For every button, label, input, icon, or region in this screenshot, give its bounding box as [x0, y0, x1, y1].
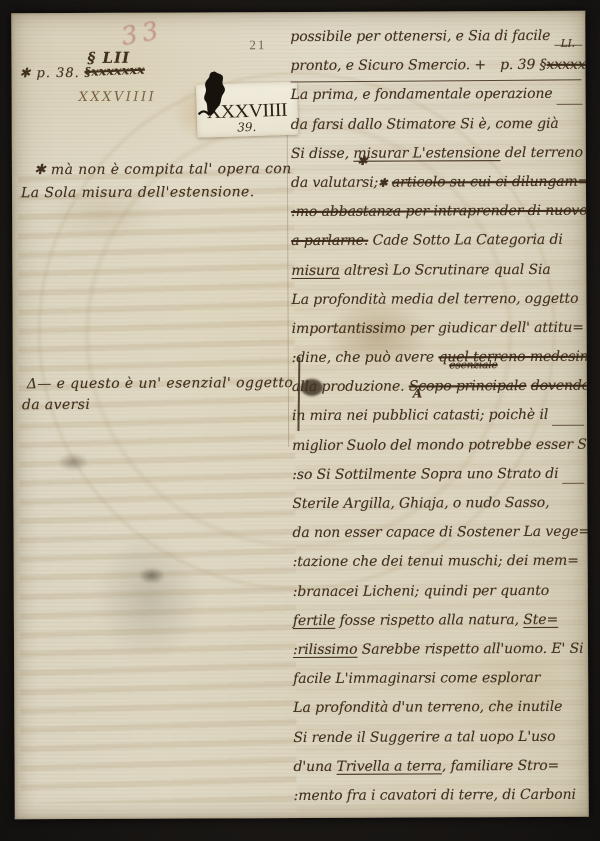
text-segment: ✱ mà non è compita tal' opera con [34, 158, 292, 182]
margin-note-line: da aversi [22, 394, 312, 416]
text-segment: :branacei Licheni; quindi per quanto [293, 576, 549, 606]
text-segment: Trivella a terra [337, 752, 442, 782]
text-line: da non esser capace di Sostener La vege= [292, 518, 587, 548]
text-segment: in mira nei pubblici catasti; poichè il [292, 401, 548, 431]
text-segment: da valutarsi; [291, 169, 378, 199]
text-segment: La profondità media del terreno, oggetto [291, 284, 578, 314]
text-line: possibile per ottenersi, e Sia di facile [290, 22, 585, 52]
photographed-manuscript: { "page": { "red_folio": "33", "page_num… [0, 0, 600, 841]
margin-note-line: ✱ mà non è compita tal' opera con [21, 158, 296, 182]
text-line: in mira nei pubblici catasti; poichè il [292, 401, 587, 431]
text-segment: :dine, che può avere [292, 343, 439, 373]
text-segment: Scopo principaleesenzialeA [409, 372, 527, 402]
text-line: :tazione che dei tenui muschi; dei mem= [293, 547, 588, 577]
text-segment: articolo su cui ci dilungam= [392, 168, 589, 198]
line-filler-dash [552, 424, 584, 425]
text-segment: p. 39 § [500, 51, 547, 80]
text-segment: Si rende il Suggerire a tal uopo L'uso [293, 722, 555, 752]
page-reference: ✱ p. 38. [19, 66, 79, 81]
text-segment: Cade Sotto La Categoria di [368, 226, 563, 256]
text-segment: :mo abbastanza per intraprender di nuovo [291, 197, 588, 227]
text-segment: ✱ [378, 169, 387, 198]
text-segment: La prima, e fondamentale operazione [291, 80, 553, 110]
text-segment: miglior Suolo del mondo potrebbe esser S… [292, 430, 589, 461]
text-segment: pronto, e Sicuro Smercio. + [290, 51, 486, 81]
text-line: a parlarne. Cade Sotto La Categoria di [291, 226, 586, 256]
text-line: :rilissimo Sarebbe rispetto all'uomo. E'… [293, 635, 588, 665]
text-line: da farsi dallo Stimatore Si è, come già [291, 109, 586, 139]
text-segment: da aversi [22, 395, 90, 416]
text-segment: da farsi dallo Stimatore Si è, come già [291, 109, 559, 139]
ink-blot [197, 69, 231, 119]
text-segment: importantissimo per giudicar dell' attit… [292, 314, 584, 344]
text-segment: misura [291, 256, 340, 285]
text-segment: possibile per ottenersi, e Sia di facile [290, 22, 550, 52]
manuscript-page: 33 21 § LII §xxxxxxx ✱ p. 38. XXXVIIII X… [11, 11, 589, 819]
text-segment: Ste= [523, 606, 558, 635]
text-segment: :rilissimo [293, 636, 358, 665]
margin-note-line: Δ— e questo è un' esenzial' oggetto [22, 373, 312, 395]
text-line: :mento fra i cavatori di terre, di Carbo… [294, 781, 589, 811]
interlinear-insertion: esenziale [449, 360, 497, 371]
main-text: possibile per ottenersi, e Sia di facile… [290, 22, 588, 811]
crossed-out-marks: §xxxxxxx [84, 63, 145, 79]
text-segment: Sarebbe rispetto all'uomo. E' Si [357, 635, 583, 665]
text-segment: altresì Lo Scrutinare qual Sia [340, 255, 551, 285]
text-segment: La profondità d'un terreno, che inutile [293, 693, 562, 723]
text-segment: misurar L'estensione✱ [353, 139, 500, 169]
text-line: d'una Trivella a terra, familiare Stro= [293, 751, 588, 781]
text-segment: , familiare Stro= [442, 752, 559, 782]
line-filler-dash [563, 483, 585, 484]
text-line: misura altresì Lo Scrutinare qual Sia [291, 255, 586, 285]
text-segment: facile L'immaginarsi come esplorar [293, 664, 540, 694]
text-segment: dovendosi [531, 372, 589, 402]
text-line: Si rende il Suggerire a tal uopo L'uso [293, 722, 588, 752]
text-line: alla produzione. Scopo principaleesenzia… [292, 372, 587, 402]
text-segment: :mento fra i cavatori di terre, di Carbo… [294, 781, 576, 811]
text-line: La prima, e fondamentale operazione [291, 80, 586, 110]
text-segment: fertile [293, 607, 335, 636]
text-line: :branacei Licheni; quindi per quanto [293, 576, 588, 606]
draft-roman-numeral: XXXVIIII [79, 90, 157, 105]
insertion-mark: A [413, 388, 422, 400]
insertion-mark: ✱ [357, 154, 367, 166]
text-line: fertile fosse rispetto alla natura, Ste= [293, 605, 588, 635]
text-segment: La Sola misura dell'estensione. [21, 181, 255, 205]
text-segment: Δ— e questo è un' esenzial' oggetto [27, 373, 293, 395]
text-line: :mo abbastanza per intraprender di nuovo [291, 197, 586, 227]
text-line: facile L'immaginarsi come esplorar [293, 664, 588, 694]
text-segment: :tazione che dei tenui muschi; dei mem= [293, 547, 579, 577]
text-line: La profondità media del terreno, oggetto [291, 284, 586, 314]
interlinear-insertion: LI. [561, 39, 575, 50]
text-line: :so Si Sottilmente Sopra uno Strato di [292, 460, 587, 490]
text-segment: d'una [293, 753, 336, 782]
text-line: da valutarsi;✱ articolo su cui ci dilung… [291, 168, 586, 198]
text-line: Sterile Argilla, Ghiaja, o nudo Sasso, [292, 489, 587, 519]
margin-note-extension: ✱ mà non è compita tal' opera conLa Sola… [21, 158, 296, 205]
slip-arabic-number: 39. [237, 120, 257, 135]
text-segment: da non esser capace di Sostener La vege= [292, 518, 588, 549]
margin-note-essential: Δ— e questo è un' esenzial' oggettoda av… [22, 373, 312, 416]
text-line: pronto, e Sicuro Smercio. +p. 39 §xxxxxL… [290, 51, 585, 81]
text-segment: fosse rispetto alla natura, [335, 606, 523, 636]
text-line: importantissimo per giudicar dell' attit… [292, 314, 587, 344]
text-segment: :so Si Sottilmente Sopra uno Strato di [292, 460, 558, 490]
text-line: Si disse, misurar L'estensione✱ del terr… [291, 139, 586, 169]
text-segment: del terreno [500, 139, 583, 169]
text-segment: xxxxxLI. [546, 51, 585, 80]
text-line: miglior Suolo del mondo potrebbe esser S… [292, 430, 587, 460]
text-segment: alla produzione. [292, 373, 409, 403]
text-line: :dine, che può avere quel terreno medesi… [292, 343, 587, 373]
text-segment: Si disse, [291, 140, 354, 169]
text-line: La profondità d'un terreno, che inutile [293, 693, 588, 723]
text-segment: Sterile Argilla, Ghiaja, o nudo Sasso, [292, 489, 549, 519]
margin-note-line: La Sola misura dell'estensione. [21, 181, 296, 205]
page-number: 21 [249, 37, 266, 53]
text-segment: a parlarne. [291, 227, 368, 257]
line-filler-dash [557, 103, 583, 104]
